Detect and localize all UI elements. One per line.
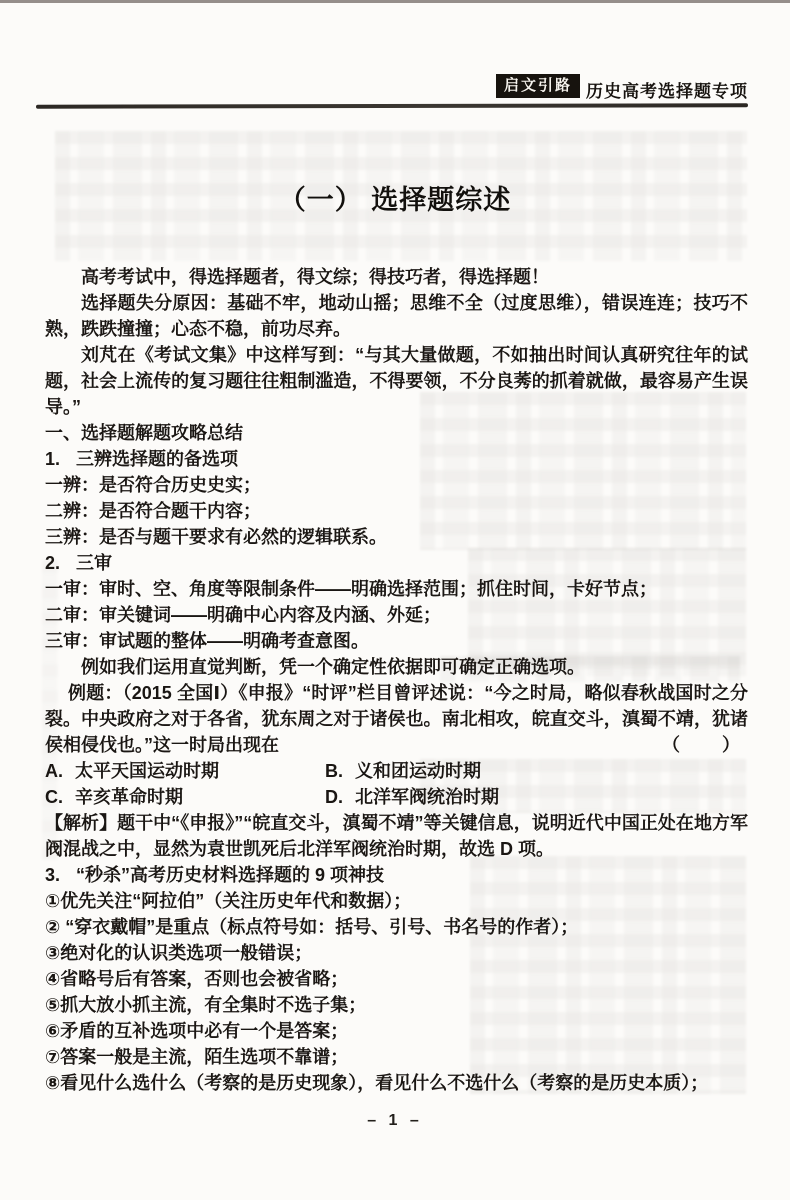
strategy-heading: 一、选择题解题攻略总结 [45, 420, 748, 446]
tip-item-8: ⑧看见什么选什么（考察的是历史现象），看见什么不选什么（考察的是历史本质）； [45, 1070, 748, 1096]
list-item-bian-3: 三辨：是否与题干要求有必然的逻辑联系。 [45, 524, 748, 550]
option-b: B.义和团运动时期 [325, 758, 720, 784]
option-c-label: C. [45, 784, 63, 810]
list-item-bian-1: 一辨：是否符合历史史实； [45, 472, 748, 498]
page-content: 高考考试中，得选择题者，得文综；得技巧者，得选择题！ 选择题失分原因：基础不牢，… [45, 264, 748, 1096]
sub1-heading-label: 三辨选择题的备选项 [76, 446, 238, 472]
tip-item-1: ①优先关注“阿拉伯”（关注历史年代和数据）； [45, 888, 748, 914]
list-item-shen-1: 一审：审时、空、角度等限制条件——明确选择范围；抓住时间，卡好节点； [45, 576, 748, 602]
tip-item-4: ④省略号后有答案，否则也会被省略； [45, 966, 748, 992]
options-row-1: A.太平天国运动时期 B.义和团运动时期 [45, 758, 748, 784]
series-title: 历史高考选择题专项 [586, 77, 748, 102]
option-d: D.北洋军阀统治时期 [325, 784, 720, 810]
method-note: 例如我们运用直觉判断，凭一个确定性依据即可确定正确选项。 [45, 654, 748, 680]
intro-paragraph-2: 选择题失分原因：基础不牢，地动山摇；思维不全（过度思维），错误连连；技巧不熟，跌… [45, 290, 748, 342]
page-number: – 1 – [0, 1112, 790, 1130]
sub3-number: 3. [45, 862, 76, 888]
option-a: A.太平天国运动时期 [45, 758, 325, 784]
list-item-bian-2: 二辨：是否符合题干内容； [45, 498, 748, 524]
tip-item-3: ③绝对化的认识类选项一般错误； [45, 940, 748, 966]
tip-item-6: ⑥矛盾的互补选项中必有一个是答案； [45, 1018, 748, 1044]
sub1-heading: 1. 三辨选择题的备选项 [45, 446, 748, 472]
option-b-label: B. [325, 758, 343, 784]
answer-bracket: （ ） [639, 732, 742, 758]
scan-edge-artifact [0, 0, 790, 3]
sub2-heading-label: 三审 [76, 550, 112, 576]
option-c-text: 辛亥革命时期 [75, 787, 183, 807]
tip-item-2: ② “穿衣戴帽”是重点（标点符号如：括号、引号、书名号的作者）； [45, 914, 748, 940]
header-rule [36, 103, 748, 108]
example-stem: 例题：（2015 全国Ⅰ）《申报》“时评”栏目曾评述说：“今之时局，略似春秋战国… [45, 680, 748, 758]
list-item-shen-3: 三审：审试题的整体——明确考查意图。 [45, 628, 748, 654]
intro-paragraph-1: 高考考试中，得选择题者，得文综；得技巧者，得选择题！ [45, 264, 748, 290]
sub1-number: 1. [45, 446, 76, 472]
option-d-label: D. [325, 784, 343, 810]
option-b-text: 义和团运动时期 [355, 761, 481, 781]
analysis-paragraph: 【解析】题干中“《申报》”“皖直交斗，滇蜀不靖”等关键信息，说明近代中国正处在地… [45, 810, 748, 862]
sub3-heading: 3. “秒杀”高考历史材料选择题的 9 项神技 [45, 862, 748, 888]
sub3-heading-label: “秒杀”高考历史材料选择题的 9 项神技 [76, 862, 384, 888]
options-row-2: C.辛亥革命时期 D.北洋军阀统治时期 [45, 784, 748, 810]
sub2-heading: 2. 三审 [45, 550, 748, 576]
intro-paragraph-3: 刘芃在《考试文集》中这样写到：“与其大量做题，不如抽出时间认真研究往年的试题，社… [45, 342, 748, 420]
option-d-text: 北洋军阀统治时期 [355, 787, 499, 807]
brand-badge: 启文引路 [496, 74, 580, 98]
page-title: （一） 选择题综述 [0, 178, 790, 217]
tip-item-5: ⑤抓大放小抓主流，有全集时不选子集； [45, 992, 748, 1018]
option-a-text: 太平天国运动时期 [75, 761, 219, 781]
option-a-label: A. [45, 758, 63, 784]
scanned-page: 启文引路 历史高考选择题专项 （一） 选择题综述 高考考试中，得选择题者，得文综… [0, 0, 790, 1200]
sub2-number: 2. [45, 550, 76, 576]
tip-item-7: ⑦答案一般是主流，陌生选项不靠谱； [45, 1044, 748, 1070]
option-c: C.辛亥革命时期 [45, 784, 325, 810]
list-item-shen-2: 二审：审关键词——明确中心内容及内涵、外延； [45, 602, 748, 628]
